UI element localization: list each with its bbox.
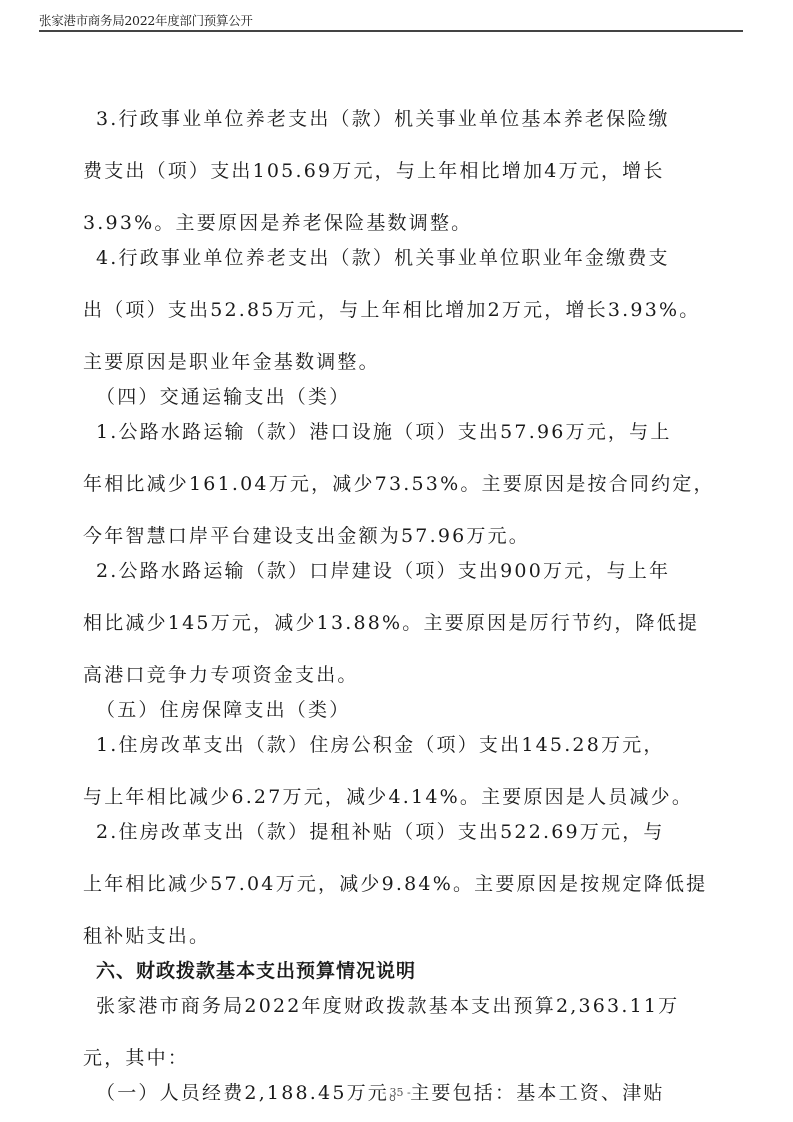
document-header-title: 张家港市商务局2022年度部门预算公开: [39, 11, 253, 29]
paragraph-line: 年相比减少161.04万元，减少73.53%。主要原因是按合同约定，: [83, 472, 715, 496]
paragraph-line: 费支出（项）支出105.69万元，与上年相比增加4万元，增长: [83, 159, 665, 183]
paragraph-line: 3.行政事业单位养老支出（款）机关事业单位基本养老保险缴: [96, 107, 670, 131]
paragraph-line: 与上年相比减少6.27万元，减少4.14%。主要原因是人员减少。: [83, 785, 693, 809]
paragraph-line: 1.公路水路运输（款）港口设施（项）支出57.96万元，与上: [96, 420, 672, 444]
paragraph-line: 2.公路水路运输（款）口岸建设（项）支出900万元，与上年: [96, 559, 670, 583]
paragraph-line: 出（项）支出52.85万元，与上年相比增加2万元，增长3.93%。: [83, 298, 700, 322]
paragraph-line: （五）住房保障支出（类）: [96, 698, 350, 722]
section-heading: 六、财政拨款基本支出预算情况说明: [96, 959, 416, 983]
paragraph-line: 1.住房改革支出（款）住房公积金（项）支出145.28万元，: [96, 733, 665, 757]
paragraph-line: 租补贴支出。: [83, 924, 210, 948]
paragraph-line: 今年智慧口岸平台建设支出金额为57.96万元。: [83, 524, 530, 548]
paragraph-line: 上年相比减少57.04万元，减少9.84%。主要原因是按规定降低提: [83, 872, 707, 896]
paragraph-line: 主要原因是职业年金基数调整。: [83, 350, 380, 374]
paragraph-line: 高港口竞争力专项资金支出。: [83, 663, 359, 687]
paragraph-line: 2.住房改革支出（款）提租补贴（项）支出522.69万元，与: [96, 820, 665, 844]
header-divider: [39, 30, 743, 32]
paragraph-line: 4.行政事业单位养老支出（款）机关事业单位职业年金缴费支: [96, 246, 670, 270]
paragraph-line: 3.93%。主要原因是养老保险基数调整。: [83, 211, 472, 235]
paragraph-line: 元，其中：: [83, 1046, 189, 1070]
page-number: - 35 -: [0, 1086, 793, 1099]
paragraph-line: 张家港市商务局2022年度财政拨款基本支出预算2,363.11万: [96, 994, 679, 1018]
paragraph-line: （四）交通运输支出（类）: [96, 385, 350, 409]
paragraph-line: 相比减少145万元，减少13.88%。主要原因是厉行节约，降低提: [83, 611, 699, 635]
